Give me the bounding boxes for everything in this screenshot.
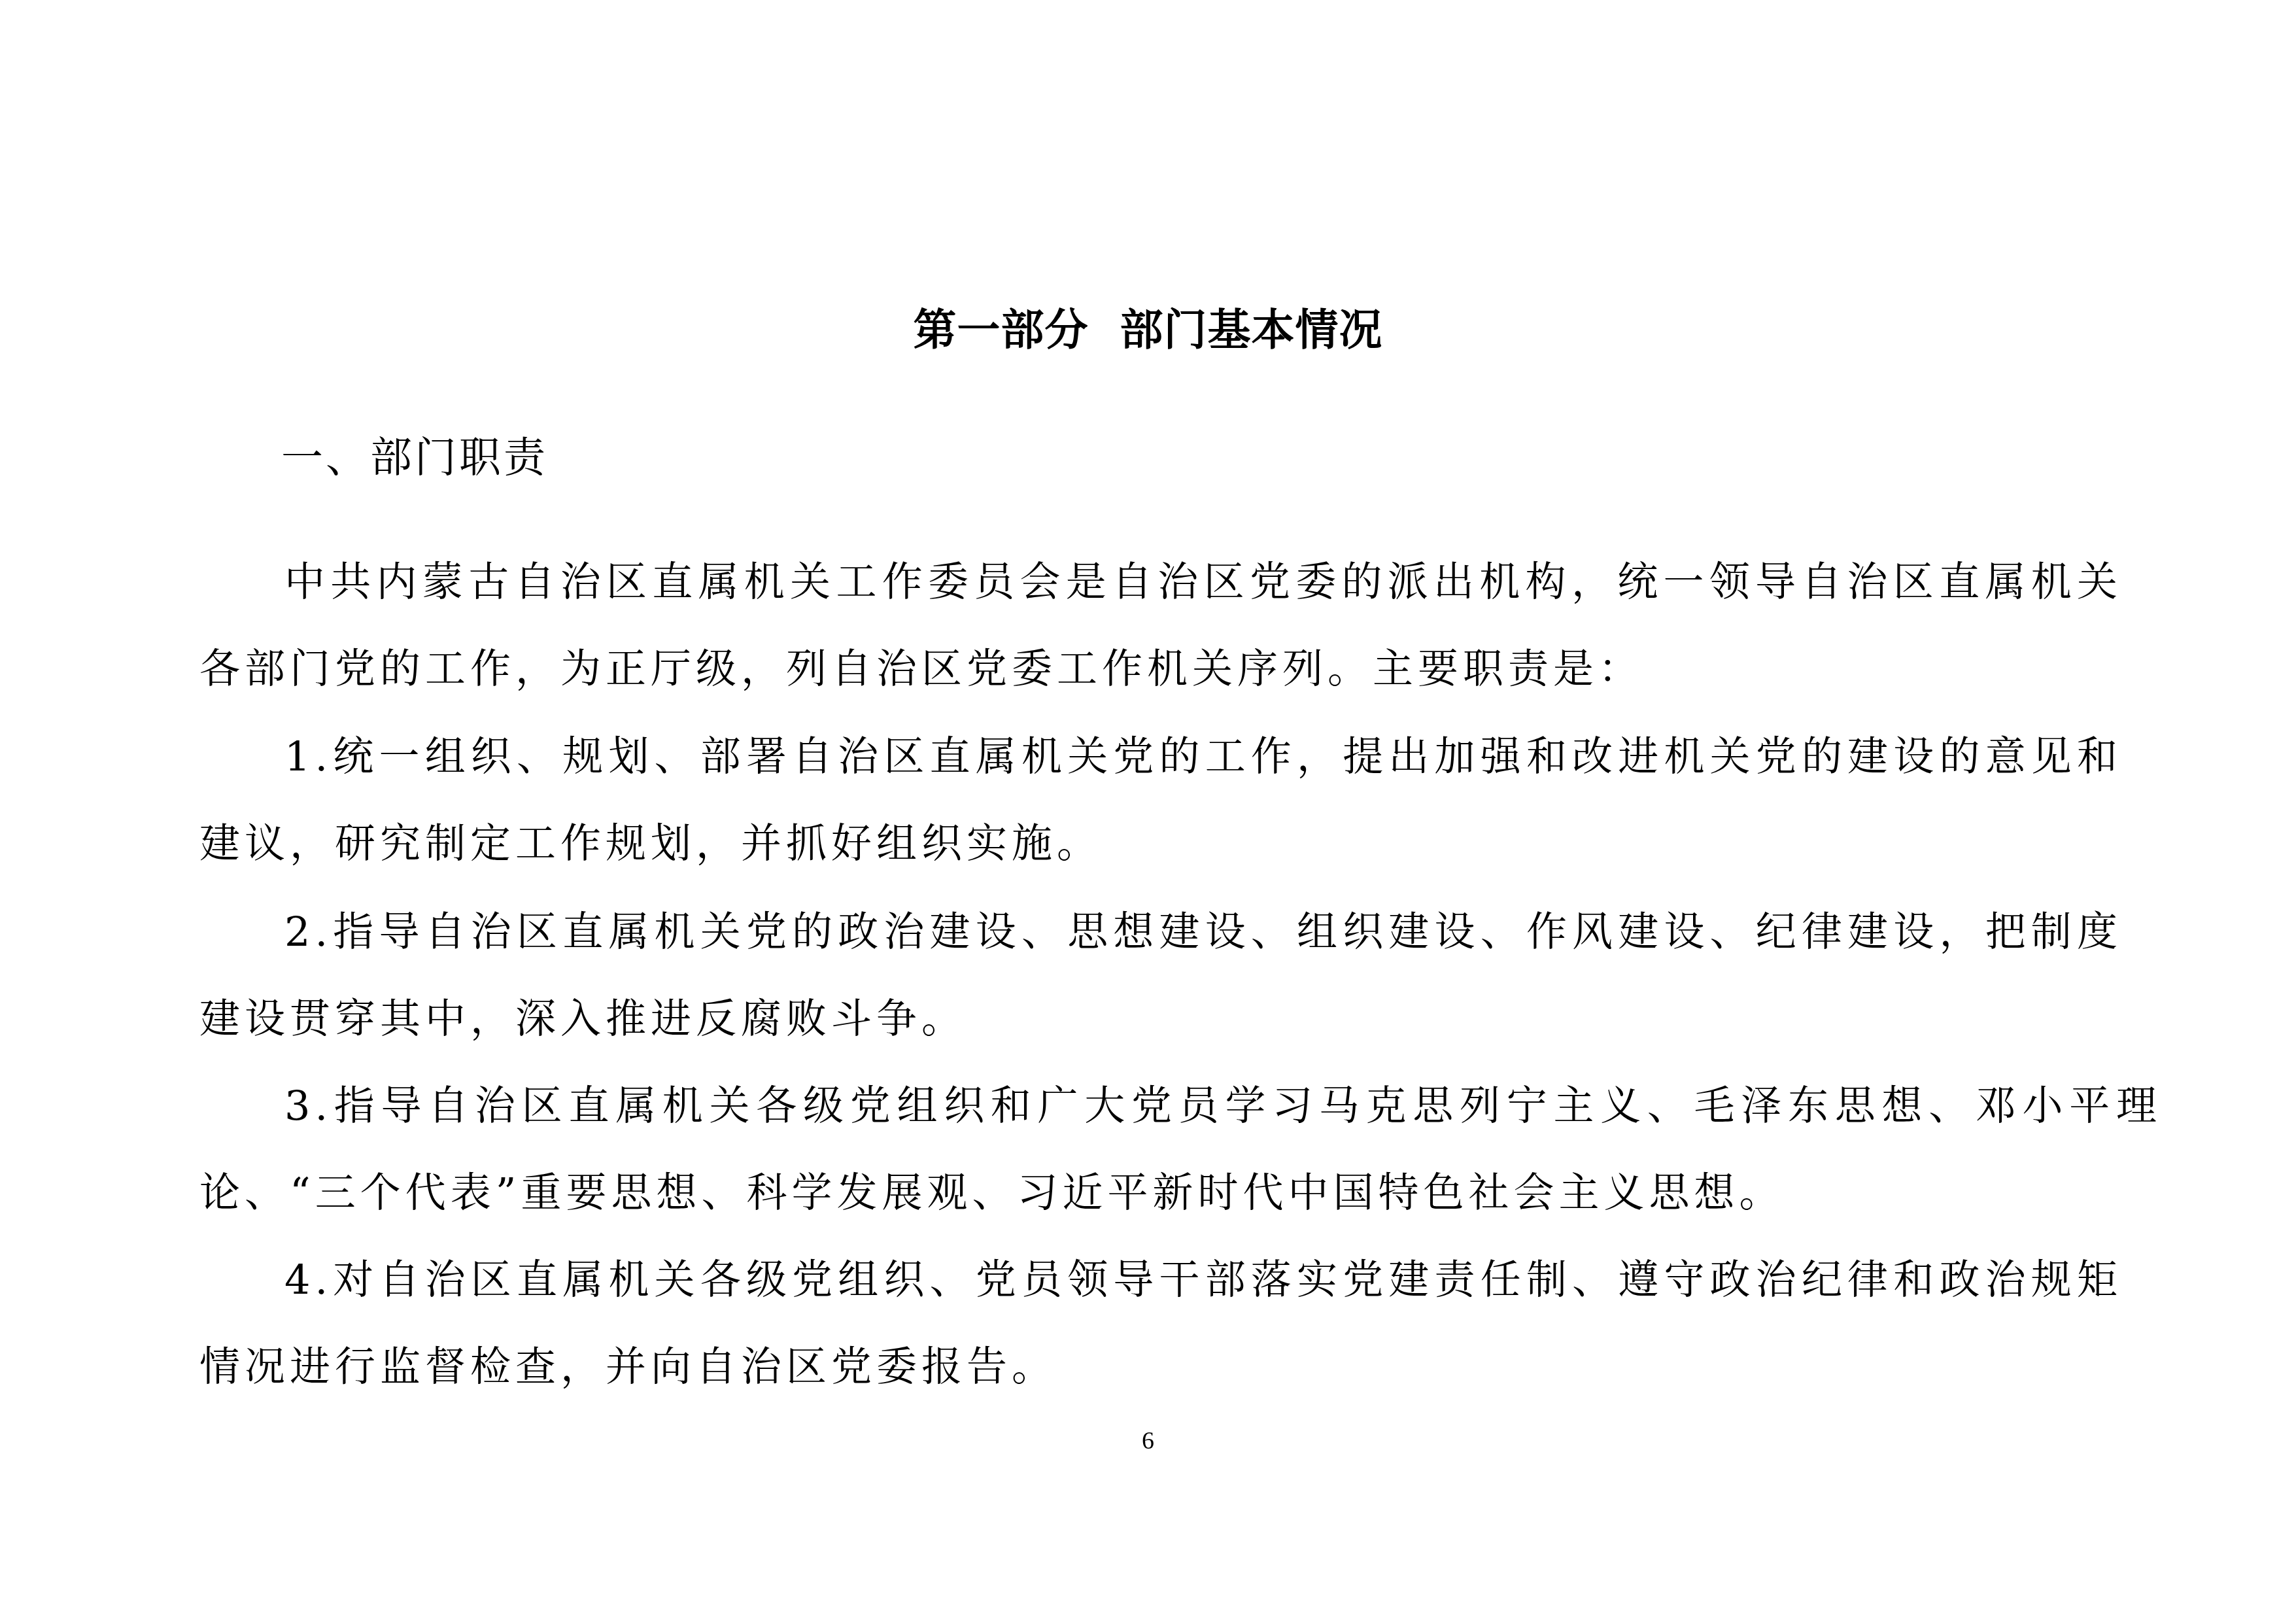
page-number: 6 [0,1425,2296,1457]
paragraph-intro: 中共内蒙古自治区直属机关工作委员会是自治区党委的派出机构，统一领导自治区直属机关… [199,538,2122,712]
section-heading: 一、部门职责 [281,425,548,491]
paragraph-duty-1: 1.统一组织、规划、部署自治区直属机关党的工作，提出加强和改进机关党的建设的意见… [199,713,2122,887]
document-page: 第一部分 部门基本情况 一、部门职责 中共内蒙古自治区直属机关工作委员会是自治区… [0,0,2296,1624]
paragraph-duty-2: 2.指导自治区直属机关党的政治建设、思想建设、组织建设、作风建设、纪律建设，把制… [199,888,2122,1062]
page-title: 第一部分 部门基本情况 [0,298,2296,363]
paragraph-duty-3: 3.指导自治区直属机关各级党组织和广大党员学习马克思列宁主义、毛泽东思想、邓小平… [199,1062,2161,1236]
paragraph-duty-4: 4.对自治区直属机关各级党组织、党员领导干部落实党建责任制、遵守政治纪律和政治规… [199,1236,2122,1410]
